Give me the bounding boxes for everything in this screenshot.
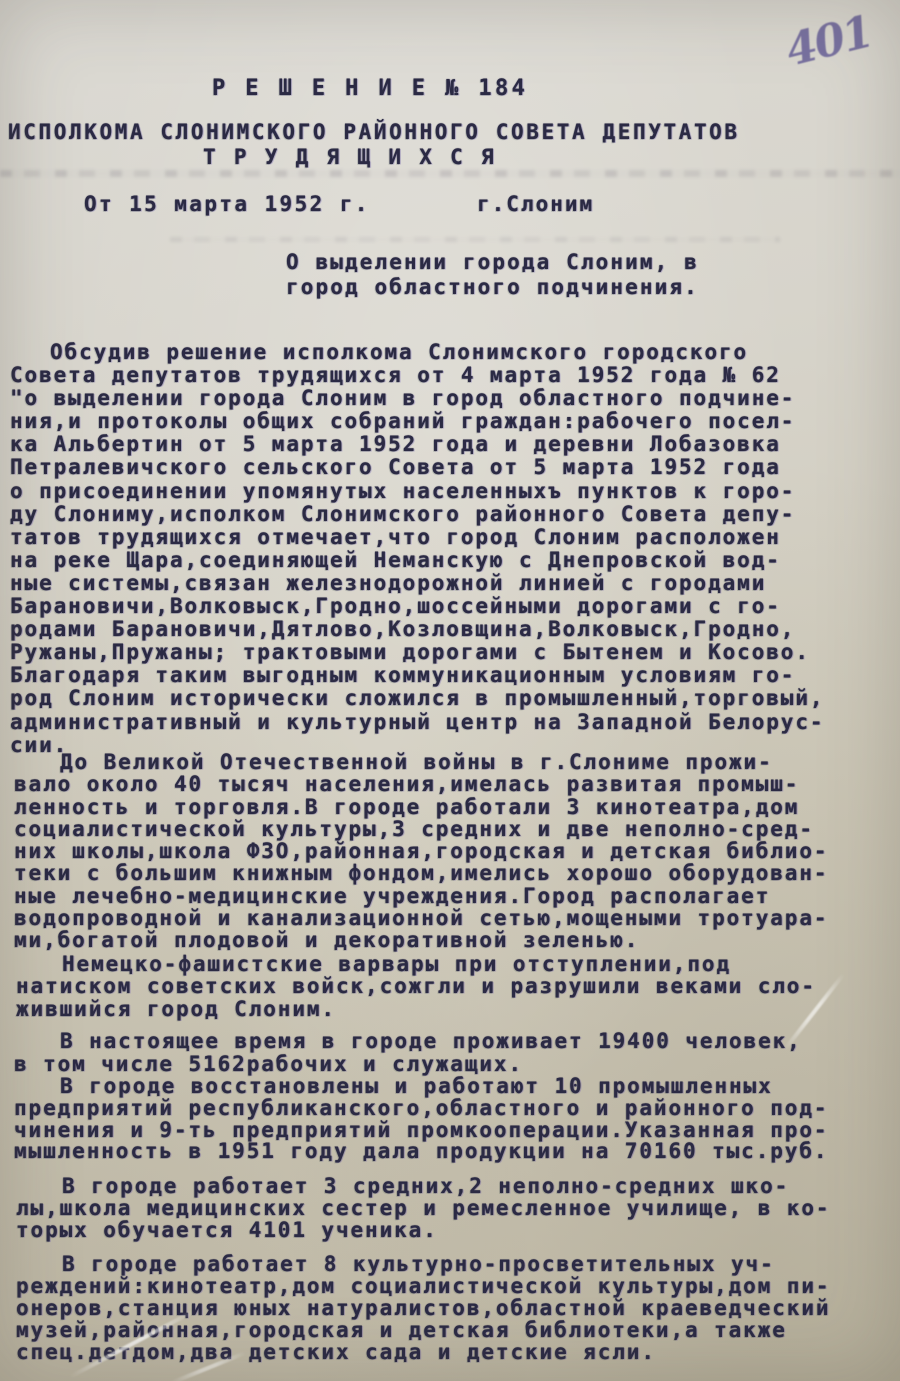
ink-smear-line (0, 170, 900, 177)
ink-smear-line (170, 237, 780, 242)
paragraph-2: До Великой Отечественной войны в г.Слони… (14, 751, 828, 952)
issuing-body-line-1: ИСПОЛКОМА СЛОНИМСКОГО РАЙОННОГО СОВЕТА Д… (8, 120, 740, 144)
issuing-body-line-2: Т Р У Д Я Щ И Х С Я (203, 145, 496, 169)
paragraph-6: В городе работает 3 средних,2 неполно-ср… (16, 1175, 830, 1241)
paragraph-3: Немецко-фашистские варвары при отступлен… (16, 953, 816, 1020)
document-date: От 15 марта 1952 г. (84, 192, 370, 216)
document-place: г.Слоним (477, 192, 594, 216)
paragraph-5: В городе восстановлены и работают 10 про… (14, 1076, 828, 1163)
paragraph-4: В настоящее время в городе проживает 194… (14, 1030, 802, 1075)
handwritten-page-number: 401 (781, 6, 877, 76)
document-title: Р Е Ш Е Н И Е № 184 (212, 76, 528, 101)
scanned-document-page: 401 Р Е Ш Е Н И Е № 184 ИСПОЛКОМА СЛОНИМ… (0, 0, 900, 1381)
document-subject: О выделении города Слоним, в город облас… (286, 250, 699, 299)
paragraph-1: Обсудив решение исполкома Слонимского го… (10, 341, 824, 757)
paragraph-7: В городе работает 8 культурно-просветите… (16, 1253, 830, 1363)
